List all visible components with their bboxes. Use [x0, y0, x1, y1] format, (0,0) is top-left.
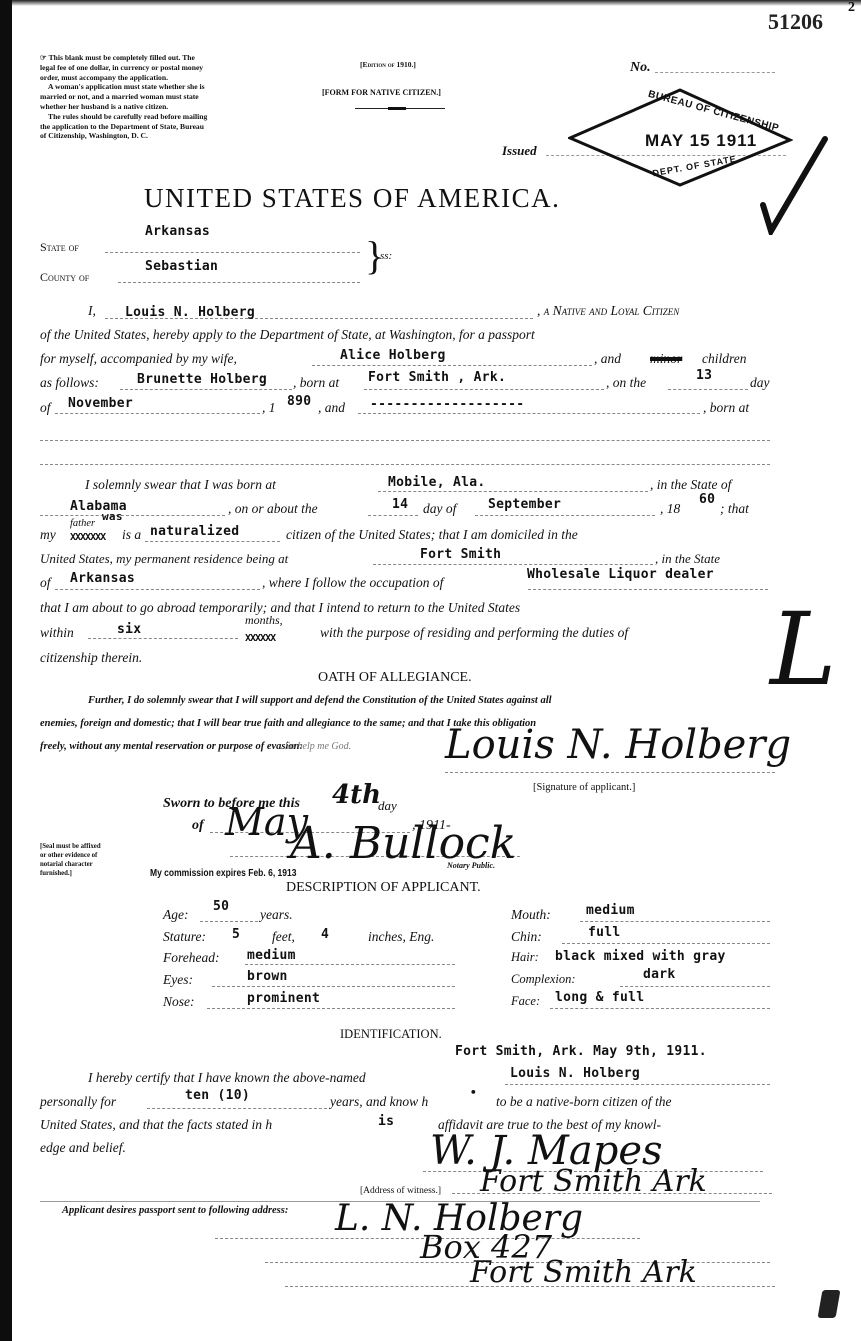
child-month[interactable]: November	[68, 396, 133, 411]
wife-name[interactable]: Alice Holberg	[340, 348, 446, 363]
nose-line	[207, 1008, 455, 1009]
child-name[interactable]: Brunette Holberg	[137, 372, 267, 387]
child-day-line	[668, 389, 748, 390]
pronoun-mark[interactable]: •	[470, 1086, 477, 1099]
age-label: Age:	[163, 907, 188, 923]
minor-struck: minor	[650, 351, 682, 367]
birth-year[interactable]: 60	[699, 492, 715, 507]
forehead-line	[245, 964, 455, 965]
ink-mark	[818, 1290, 841, 1318]
child-year[interactable]: 890	[287, 394, 311, 409]
form-type: [FORM FOR NATIVE CITIZEN.]	[322, 88, 441, 97]
and-text: , and	[594, 351, 621, 367]
of-text: of	[40, 400, 51, 416]
complexion-line	[620, 986, 770, 987]
occupation-line	[528, 589, 768, 590]
seal-note: [Seal must be affixed or other evidence …	[40, 842, 102, 878]
allegiance-heading: OATH OF ALLEGIANCE.	[318, 670, 472, 686]
stature-feet[interactable]: 5	[232, 927, 240, 942]
edition-label: [Edition of 1910.]	[360, 60, 416, 69]
belief-text: edge and belief.	[40, 1140, 126, 1156]
years-text-2: years, and know h	[330, 1094, 428, 1110]
scan-top-edge	[0, 0, 861, 6]
pronoun-his[interactable]: is	[378, 1114, 394, 1129]
identification-place-date[interactable]: Fort Smith, Ark. May 9th, 1911.	[455, 1044, 707, 1059]
birth-month-line	[475, 515, 655, 516]
second-child-line	[358, 413, 700, 414]
second-child[interactable]: -------------------	[370, 397, 524, 412]
on-about-text: , on or about the	[228, 501, 318, 517]
commission-stamp: My commission expires Feb. 6, 1913	[150, 868, 296, 879]
stature-inches[interactable]: 4	[321, 927, 329, 942]
birth-day-line	[368, 515, 418, 516]
witness-address[interactable]: Fort Smith Ark	[480, 1164, 707, 1199]
mouth-value[interactable]: medium	[586, 903, 635, 918]
swear-text: I solemnly swear that I was born at	[85, 477, 276, 493]
chin-line	[562, 943, 770, 944]
duration[interactable]: six	[117, 622, 141, 637]
birth-month[interactable]: September	[488, 497, 561, 512]
chin-value[interactable]: full	[588, 925, 621, 940]
identification-heading: IDENTIFICATION.	[340, 1027, 442, 1042]
birth-day[interactable]: 14	[392, 497, 408, 512]
application-line2: of the United States, hereby apply to th…	[40, 327, 535, 343]
face-label: Face:	[511, 994, 540, 1009]
state-line	[105, 252, 360, 253]
scan-left-edge	[0, 0, 12, 1341]
applicant-signature[interactable]: Louis N. Holberg	[445, 722, 791, 768]
inches-label: inches, Eng.	[368, 929, 434, 945]
born-at-text-2: , born at	[703, 400, 749, 416]
blank-line-1[interactable]	[40, 440, 770, 441]
wife-line	[312, 365, 592, 366]
father-status[interactable]: naturalized	[150, 524, 239, 539]
face-line	[550, 1008, 770, 1009]
in-the-state-text: , in the State	[655, 551, 720, 567]
is-a-text: is a	[122, 527, 141, 543]
born-at-text: , born at	[293, 375, 339, 391]
county-label: County of	[40, 270, 89, 285]
witness-address-label: [Address of witness.]	[360, 1186, 441, 1196]
so-help-text: So help me God.	[285, 741, 351, 752]
was-text[interactable]: was	[102, 510, 123, 523]
nose-label: Nose:	[163, 994, 195, 1010]
that-text: ; that	[720, 501, 749, 517]
months-struck: XXXXXX	[245, 633, 275, 644]
i-text: I,	[88, 303, 96, 319]
residence-prefix: United States, my permanent residence be…	[40, 551, 288, 567]
day-of-text: day of	[423, 501, 456, 517]
child-birthplace-line	[364, 389, 604, 390]
state-label: State of	[40, 240, 79, 255]
applicant-name[interactable]: Louis N. Holberg	[125, 305, 255, 320]
native-loyal-text: , a Native and Loyal Citizen	[537, 303, 679, 319]
forehead-value[interactable]: medium	[247, 948, 296, 963]
of-text-3: of	[192, 818, 204, 834]
mailing-city[interactable]: Fort Smith Ark	[470, 1255, 697, 1290]
eyes-value[interactable]: brown	[247, 969, 288, 984]
stamp-date: MAY 15 1911	[645, 131, 757, 151]
father-status-line	[145, 541, 280, 542]
instructions-notice: ☞ This blank must be completely filled o…	[40, 53, 210, 141]
signature-label: [Signature of applicant.]	[533, 782, 635, 793]
state-value[interactable]: Arkansas	[145, 224, 210, 239]
occupation[interactable]: Wholesale Liquor dealer	[527, 567, 714, 582]
within-text: within	[40, 625, 74, 641]
number-label: No.	[630, 60, 651, 76]
father-text: father	[70, 518, 95, 529]
as-follows-text: as follows:	[40, 375, 99, 391]
corner-mark: 2	[848, 0, 855, 16]
mouth-label: Mouth:	[511, 907, 551, 923]
allegiance-text-1: Further, I do solemnly swear that I will…	[88, 695, 552, 706]
duration-line	[88, 638, 238, 639]
age-line	[200, 921, 258, 922]
occupation-prefix: , where I follow the occupation of	[262, 575, 443, 591]
native-text: to be a native-born citizen of the	[496, 1094, 671, 1110]
personally-text: personally for	[40, 1094, 116, 1110]
issued-label: Issued	[502, 143, 537, 159]
birth-year-prefix: , 18	[660, 501, 680, 517]
day-text: day	[750, 375, 770, 391]
years-known-line	[147, 1108, 327, 1109]
number-field[interactable]	[655, 72, 775, 73]
description-heading: DESCRIPTION OF APPLICANT.	[286, 880, 481, 896]
of-text-2: of	[40, 575, 51, 591]
stature-label: Stature:	[163, 929, 206, 945]
years-known[interactable]: ten (10)	[185, 1088, 250, 1103]
allegiance-text-3: freely, without any mental reservation o…	[40, 741, 303, 752]
mouth-line	[580, 921, 770, 922]
face-value[interactable]: long & full	[555, 990, 644, 1005]
and-text-2: , and	[318, 400, 345, 416]
child-day[interactable]: 13	[696, 368, 712, 383]
eyes-label: Eyes:	[163, 972, 193, 988]
birth-state-line	[40, 515, 225, 516]
age-value[interactable]: 50	[213, 899, 229, 914]
in-state-of-text: , in the State of	[650, 477, 731, 493]
hair-value[interactable]: black mixed with gray	[555, 949, 726, 964]
child-name-line	[120, 389, 292, 390]
child-birthplace[interactable]: Fort Smith , Ark.	[368, 370, 506, 385]
birthplace[interactable]: Mobile, Ala.	[388, 475, 486, 490]
my-text: my	[40, 527, 56, 543]
checkmark-icon	[755, 135, 835, 235]
complexion-label: Complexion:	[511, 972, 576, 987]
sworn-day[interactable]: 4th	[332, 780, 381, 810]
residence-state-line	[55, 589, 260, 590]
struck-word: XXXXXXX	[70, 532, 105, 543]
chin-label: Chin:	[511, 929, 542, 945]
application-line3: for myself, accompanied by my wife,	[40, 351, 237, 367]
residence[interactable]: Fort Smith	[420, 547, 501, 562]
citizen-text: citizen of the United States; that I am …	[286, 527, 578, 543]
child-month-line	[55, 413, 260, 414]
notary-label: Notary Public.	[447, 861, 495, 870]
mailing-label: Applicant desires passport sent to follo…	[62, 1205, 288, 1216]
on-the-text: , on the	[606, 375, 646, 391]
children-text: children	[702, 351, 747, 367]
years-text: years.	[260, 907, 293, 923]
complexion-value[interactable]: dark	[643, 967, 676, 982]
year-prefix: , 1	[262, 400, 276, 416]
months-text: months,	[245, 613, 283, 628]
us-text: United States, and that the facts stated…	[40, 1117, 272, 1133]
certify-text: I hereby certify that I have known the a…	[88, 1070, 366, 1086]
residence-line	[373, 564, 653, 565]
therein-text: citizenship therein.	[40, 650, 142, 666]
feet-label: feet,	[272, 929, 295, 945]
pointing-hand-icon: ☞	[40, 53, 47, 62]
named-line	[505, 1084, 770, 1085]
birthplace-line	[378, 491, 648, 492]
applicant-signature-line	[445, 772, 775, 773]
day-text-2: day	[378, 798, 397, 814]
forehead-label: Forehead:	[163, 950, 219, 966]
nose-value[interactable]: prominent	[247, 991, 320, 1006]
hair-label: Hair:	[511, 950, 539, 965]
document-title: UNITED STATES OF AMERICA.	[144, 183, 560, 214]
document-number: 51206	[768, 9, 823, 35]
ss-label: ss:	[380, 250, 392, 262]
eyes-line	[212, 986, 455, 987]
blank-line-2[interactable]	[40, 464, 770, 465]
margin-initial: L	[770, 600, 836, 700]
county-line	[118, 282, 360, 283]
county-value[interactable]: Sebastian	[145, 259, 218, 274]
residence-state[interactable]: Arkansas	[70, 571, 135, 586]
purpose-text: with the purpose of residing and perform…	[320, 625, 628, 641]
divider-accent	[388, 107, 406, 110]
named-person[interactable]: Louis N. Holberg	[510, 1066, 640, 1081]
